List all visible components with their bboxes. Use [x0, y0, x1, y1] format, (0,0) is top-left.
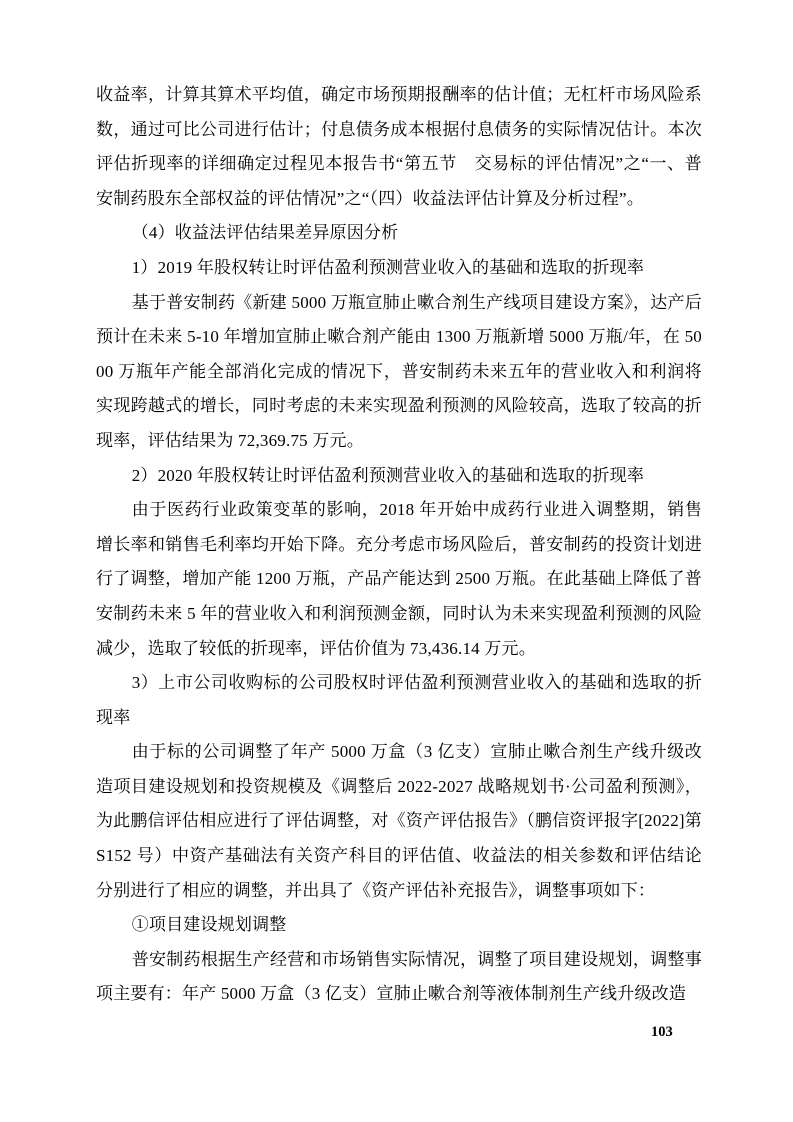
paragraph-project-plan-adjustment-details: 普安制药根据生产经营和市场销售实际情况，调整了项目建设规划，调整事项主要有：年产… — [96, 943, 702, 1012]
heading-income-approach-difference-analysis: （4）收益法评估结果差异原因分析 — [96, 216, 702, 251]
heading-2020-equity-transfer: 2）2020 年股权转让时评估盈利预测营业收入的基础和选取的折现率 — [96, 459, 702, 494]
heading-project-plan-adjustment: ①项目建设规划调整 — [96, 908, 702, 943]
document-content: 收益率，计算其算术平均值，确定市场预期报酬率的估计值；无杠杆市场风险系数，通过可… — [96, 78, 702, 1012]
document-page: 收益率，计算其算术平均值，确定市场预期报酬率的估计值；无杠杆市场风险系数，通过可… — [0, 0, 793, 1122]
page-number: 103 — [651, 1024, 673, 1041]
paragraph-2019-valuation-basis: 基于普安制药《新建 5000 万瓶宣肺止嗽合剂生产线项目建设方案》，达产后预计在… — [96, 286, 702, 459]
paragraph-valuation-adjustment-overview: 由于标的公司调整了年产 5000 万盒（3 亿支）宣肺止嗽合剂生产线升级改造项目… — [96, 735, 702, 908]
paragraph-2020-valuation-basis: 由于医药行业政策变革的影响，2018 年开始中成药行业进入调整期，销售增长率和销… — [96, 493, 702, 666]
paragraph-discount-rate-continuation: 收益率，计算其算术平均值，确定市场预期报酬率的估计值；无杠杆市场风险系数，通过可… — [96, 78, 702, 216]
heading-listco-acquisition-valuation: 3）上市公司收购标的公司股权时评估盈利预测营业收入的基础和选取的折现率 — [96, 666, 702, 735]
heading-2019-equity-transfer: 1）2019 年股权转让时评估盈利预测营业收入的基础和选取的折现率 — [96, 251, 702, 286]
